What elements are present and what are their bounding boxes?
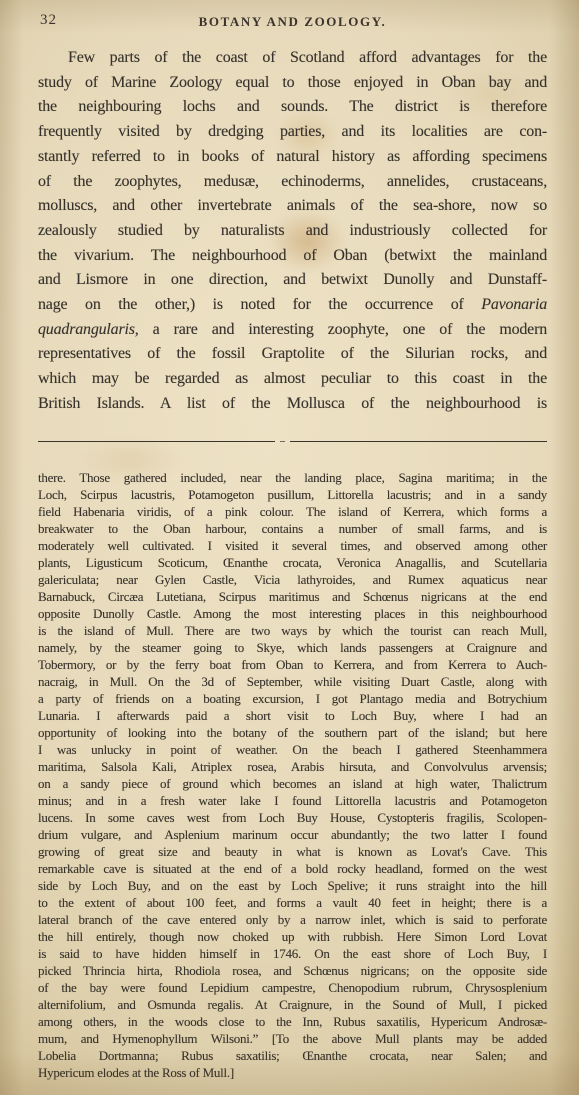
text-line: zealously studied by naturalists and ind… <box>38 219 547 244</box>
text-segment: Lobelia Dortmanna; Rubus saxatilis; Œnan… <box>38 1048 547 1063</box>
text-line: nacraig, in Mull. On the 3d of September… <box>38 673 547 690</box>
text-segment: a rare and interesting zoophyte, one of … <box>139 321 547 338</box>
text-segment: growing of great size and beauty in what… <box>38 844 547 859</box>
text-segment: maritima, Salsola Kali, Atriplex rosea, … <box>38 759 547 774</box>
text-line: nage on the other,) is noted for the occ… <box>38 293 547 318</box>
text-line: a party of friends on a boating excursio… <box>38 690 547 707</box>
text-line: which may be regarded as almost peculiar… <box>38 367 547 392</box>
text-line: drium vulgare, and Asplenium marinum occ… <box>38 826 547 843</box>
text-line: alternifolium, and Osmunda regalis. At C… <box>38 996 547 1013</box>
text-line: moderately well cultivated. I visited it… <box>38 537 547 554</box>
text-segment: the neighbouring lochs and sounds. The d… <box>38 98 547 115</box>
text-line: mum, and Hymenophyllum Wilsoni.” [To the… <box>38 1030 547 1047</box>
text-line: plants, Ligusticum Scoticum, Œnanthe cro… <box>38 554 547 571</box>
text-line: maritima, Salsola Kali, Atriplex rosea, … <box>38 758 547 775</box>
text-line: of the zoophytes, medusæ, echinoderms, a… <box>38 170 547 195</box>
running-header: 32 BOTANY AND ZOOLOGY. <box>38 12 547 32</box>
text-segment: opposite Dunolly Castle. Among the most … <box>38 606 547 621</box>
running-head-title: BOTANY AND ZOOLOGY. <box>38 12 547 30</box>
text-line: Tobermory, or by the ferry boat from Oba… <box>38 656 547 673</box>
text-segment: British Islands. A list of the Mollusca … <box>38 395 547 412</box>
text-segment: namely, by the steamer going to Skye, wh… <box>38 640 547 655</box>
book-page: 32 BOTANY AND ZOOLOGY. Few parts of the … <box>0 0 579 1095</box>
text-segment: molluscs, and other invertebrate animals… <box>38 197 547 214</box>
text-line: to the extent of about 100 feet, and for… <box>38 894 547 911</box>
text-segment: zealously studied by naturalists and ind… <box>38 222 547 239</box>
text-segment: there. Those gathered included, near the… <box>38 470 547 485</box>
text-segment: opportunity of looking into the botany o… <box>38 725 547 740</box>
text-segment: Barnabuck, Circæa Lutetiana, Scirpus mar… <box>38 589 547 604</box>
text-line: the neighbouring lochs and sounds. The d… <box>38 95 547 120</box>
text-segment: Hypericum elodes at the Ross of Mull.] <box>38 1065 234 1080</box>
page-number: 32 <box>40 12 57 29</box>
text-segment: which may be regarded as almost peculiar… <box>38 370 547 387</box>
text-segment: Loch, Scirpus lacustris, Potamogeton pus… <box>38 487 547 502</box>
text-line: stantly referred to in books of natural … <box>38 145 547 170</box>
rule-segment <box>38 441 275 443</box>
text-segment: frequently visited by dredging parties, … <box>38 123 547 140</box>
text-segment: Few parts of the coast of Scotland affor… <box>68 49 547 66</box>
text-line: field Habenaria viridis, of a pink colou… <box>38 503 547 520</box>
text-line: is the island of Mull. There are two way… <box>38 622 547 639</box>
text-line: Loch, Scirpus lacustris, Potamogeton pus… <box>38 486 547 503</box>
text-line: there. Those gathered included, near the… <box>38 469 547 486</box>
text-segment: plants, Ligusticum Scoticum, Œnanthe cro… <box>38 555 547 570</box>
text-line: representatives of the fossil Graptolite… <box>38 342 547 367</box>
text-line: breakwater to the Oban harbour, contains… <box>38 520 547 537</box>
text-segment: breakwater to the Oban harbour, contains… <box>38 521 547 536</box>
text-segment: and Lismore in one direction, and betwix… <box>38 271 547 288</box>
text-segment: lateral branch of the cave entered only … <box>38 912 547 927</box>
text-segment: moderately well cultivated. I visited it… <box>38 538 547 553</box>
text-line: Lunaria. I afterwards paid a short visit… <box>38 707 547 724</box>
text-segment: I was unlucky in point of weather. On th… <box>38 742 547 757</box>
text-segment: nacraig, in Mull. On the 3d of September… <box>38 674 547 689</box>
text-segment: is said to have hidden himself in 1746. … <box>38 946 547 961</box>
text-segment: mum, and Hymenophyllum Wilsoni.” [To the… <box>38 1031 547 1046</box>
text-line: on a sandy piece of ground which becomes… <box>38 775 547 792</box>
rule-segment <box>290 441 547 443</box>
text-line: molluscs, and other invertebrate animals… <box>38 194 547 219</box>
rule-dot <box>280 441 285 442</box>
text-line: galericulata; near Gylen Castle, Vicia l… <box>38 571 547 588</box>
text-segment: remarkable cave is situated at the end o… <box>38 861 547 876</box>
text-segment: stantly referred to in books of natural … <box>38 148 547 165</box>
rule-gap <box>275 441 290 442</box>
text-segment: of the zoophytes, medusæ, echinoderms, a… <box>38 173 547 190</box>
text-segment: to the extent of about 100 feet, and for… <box>38 895 547 910</box>
italic-text: Pavonaria <box>481 296 547 313</box>
text-segment: alternifolium, and Osmunda regalis. At C… <box>38 997 547 1012</box>
text-segment: Tobermory, or by the ferry boat from Oba… <box>38 657 547 672</box>
text-segment: on a sandy piece of ground which becomes… <box>38 776 547 791</box>
text-line: study of Marine Zoology equal to those e… <box>38 71 547 96</box>
text-line: I was unlucky in point of weather. On th… <box>38 741 547 758</box>
text-line: Few parts of the coast of Scotland affor… <box>38 46 547 71</box>
text-line: among others, in the woods close to the … <box>38 1013 547 1030</box>
text-line: side by Loch Buy, and on the east by Loc… <box>38 877 547 894</box>
text-line: lateral branch of the cave entered only … <box>38 911 547 928</box>
text-line: opportunity of looking into the botany o… <box>38 724 547 741</box>
text-segment: among others, in the woods close to the … <box>38 1014 547 1029</box>
text-line: Hypericum elodes at the Ross of Mull.] <box>38 1064 547 1081</box>
text-segment: drium vulgare, and Asplenium marinum occ… <box>38 827 547 842</box>
text-line: minus; and in a fresh water lake I found… <box>38 792 547 809</box>
text-line: and Lismore in one direction, and betwix… <box>38 268 547 293</box>
text-line: Lobelia Dortmanna; Rubus saxatilis; Œnan… <box>38 1047 547 1064</box>
text-segment: galericulata; near Gylen Castle, Vicia l… <box>38 572 547 587</box>
main-paragraph: Few parts of the coast of Scotland affor… <box>38 46 547 417</box>
text-segment: minus; and in a fresh water lake I found… <box>38 793 547 808</box>
text-segment: picked Thrincia hirta, Rhodiola rosea, a… <box>38 963 547 978</box>
text-segment: the hill entirely, though now choked up … <box>38 929 547 944</box>
text-line: remarkable cave is situated at the end o… <box>38 860 547 877</box>
text-line: British Islands. A list of the Mollusca … <box>38 392 547 417</box>
text-line: growing of great size and beauty in what… <box>38 843 547 860</box>
text-segment: nage on the other,) is noted for the occ… <box>38 296 481 313</box>
text-line: opposite Dunolly Castle. Among the most … <box>38 605 547 622</box>
text-line: of the bay were found Lepidium campestre… <box>38 979 547 996</box>
text-line: lucens. In some caves west from Loch Buy… <box>38 809 547 826</box>
text-segment: a party of friends on a boating excursio… <box>38 691 547 706</box>
text-line: Barnabuck, Circæa Lutetiana, Scirpus mar… <box>38 588 547 605</box>
text-line: quadrangularis, a rare and interesting z… <box>38 318 547 343</box>
footnote-text: there. Those gathered included, near the… <box>38 469 547 1081</box>
text-line: the vivarium. The neighbourhood of Oban … <box>38 244 547 269</box>
text-segment: study of Marine Zoology equal to those e… <box>38 74 547 91</box>
text-segment: side by Loch Buy, and on the east by Loc… <box>38 878 547 893</box>
text-line: the hill entirely, though now choked up … <box>38 928 547 945</box>
text-segment: of the bay were found Lepidium campestre… <box>38 980 547 995</box>
page-content: 32 BOTANY AND ZOOLOGY. Few parts of the … <box>0 0 579 1081</box>
footnote-rule <box>38 441 547 443</box>
text-segment: the vivarium. The neighbourhood of Oban … <box>38 247 547 264</box>
italic-text: quadrangularis, <box>38 321 139 338</box>
text-line: picked Thrincia hirta, Rhodiola rosea, a… <box>38 962 547 979</box>
text-line: frequently visited by dredging parties, … <box>38 120 547 145</box>
text-line: is said to have hidden himself in 1746. … <box>38 945 547 962</box>
text-segment: representatives of the fossil Graptolite… <box>38 345 547 362</box>
text-segment: is the island of Mull. There are two way… <box>38 623 547 638</box>
text-segment: lucens. In some caves west from Loch Buy… <box>38 810 547 825</box>
text-segment: field Habenaria viridis, of a pink colou… <box>38 504 547 519</box>
text-line: namely, by the steamer going to Skye, wh… <box>38 639 547 656</box>
text-segment: Lunaria. I afterwards paid a short visit… <box>38 708 547 723</box>
